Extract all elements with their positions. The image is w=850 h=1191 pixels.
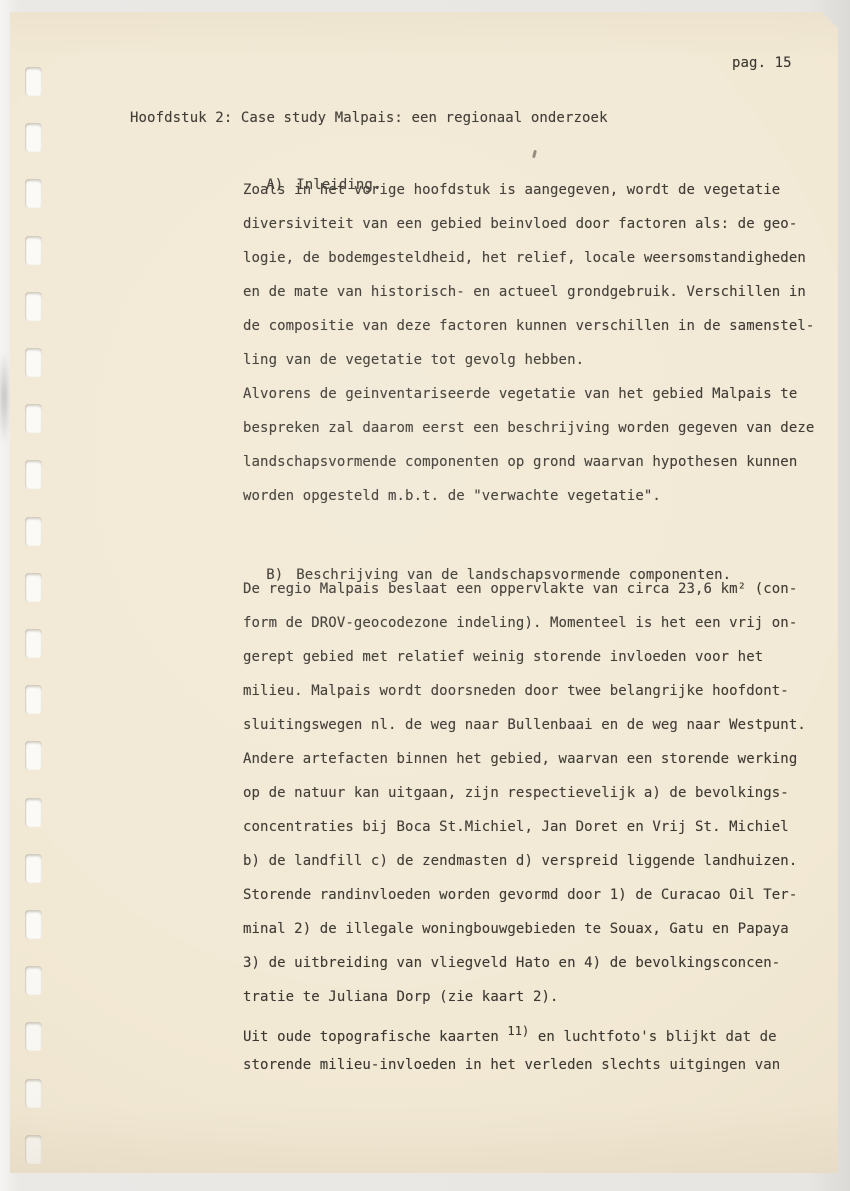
text-line: b) de landfill c) de zendmasten d) versp… (243, 844, 806, 878)
text-segment: en luchtfoto's blijkt dat de (529, 1029, 776, 1045)
binding-hole (25, 1135, 42, 1164)
text-line: sluitingswegen nl. de weg naar Bullenbaa… (243, 708, 806, 742)
text-line: ling van de vegetatie tot gevolg hebben. (243, 343, 814, 377)
text-line: storende milieu-invloeden in het verlede… (243, 1048, 806, 1082)
binding-hole (25, 236, 42, 265)
text-line: De regio Malpais beslaat een oppervlakte… (243, 572, 806, 606)
text-line: en de mate van historisch- en actueel gr… (243, 275, 814, 309)
text-line: concentraties bij Boca St.Michiel, Jan D… (243, 810, 806, 844)
text-line: milieu. Malpais wordt doorsneden door tw… (243, 674, 806, 708)
binding-hole (25, 910, 42, 939)
binding-hole (25, 123, 42, 152)
text-line: tratie te Juliana Dorp (zie kaart 2). (243, 980, 806, 1014)
text-line: Uit oude topografische kaarten 11) en lu… (243, 1014, 806, 1048)
binding-hole (25, 741, 42, 770)
text-line: de compositie van deze factoren kunnen v… (243, 309, 814, 343)
binding-hole (25, 67, 42, 96)
binding-hole (25, 348, 42, 377)
binding-hole (25, 966, 42, 995)
text-line: Alvorens de geinventariseerde vegetatie … (243, 377, 814, 411)
binding-hole (25, 629, 42, 658)
binding-hole (25, 1079, 42, 1108)
text-line: worden opgesteld m.b.t. de "verwachte ve… (243, 479, 814, 513)
text-line: Storende randinvloeden worden gevormd do… (243, 878, 806, 912)
text-line: op de natuur kan uitgaan, zijn respectie… (243, 776, 806, 810)
binding-hole (25, 685, 42, 714)
binding-hole (25, 798, 42, 827)
binding-hole (25, 460, 42, 489)
scanned-page-background: pag. 15 Hoofdstuk 2: Case study Malpais:… (0, 0, 850, 1191)
scanner-smudge (0, 350, 10, 445)
chapter-heading: Hoofdstuk 2: Case study Malpais: een reg… (130, 108, 608, 128)
footnote-reference: 11) (507, 1024, 529, 1038)
section-a-body: Zoals in het vorige hoofdstuk is aangege… (243, 173, 814, 513)
binding-hole (25, 517, 42, 546)
text-line: minal 2) de illegale woningbouwgebieden … (243, 912, 806, 946)
binding-hole (25, 854, 42, 883)
text-segment: Uit oude topografische kaarten (243, 1029, 507, 1045)
text-line: diversiviteit van een gebied beinvloed d… (243, 207, 814, 241)
binding-hole (25, 292, 42, 321)
text-line: form de DROV-geocodezone indeling). Mome… (243, 606, 806, 640)
text-line: logie, de bodemgesteldheid, het relief, … (243, 241, 814, 275)
text-line: landschapsvormende componenten op grond … (243, 445, 814, 479)
text-line: gerept gebied met relatief weinig storen… (243, 640, 806, 674)
text-line: Zoals in het vorige hoofdstuk is aangege… (243, 173, 814, 207)
text-line: bespreken zal daarom eerst een beschrijv… (243, 411, 814, 445)
page-number-label: pag. 15 (732, 53, 792, 73)
text-line: 3) de uitbreiding van vliegveld Hato en … (243, 946, 806, 980)
binding-hole (25, 179, 42, 208)
ink-speck (532, 150, 537, 158)
binding-hole (25, 573, 42, 602)
binding-hole (25, 1022, 42, 1051)
binding-hole (25, 404, 42, 433)
document-page: pag. 15 Hoofdstuk 2: Case study Malpais:… (10, 12, 838, 1173)
section-b-body: De regio Malpais beslaat een oppervlakte… (243, 572, 806, 1082)
text-line: Andere artefacten binnen het gebied, waa… (243, 742, 806, 776)
